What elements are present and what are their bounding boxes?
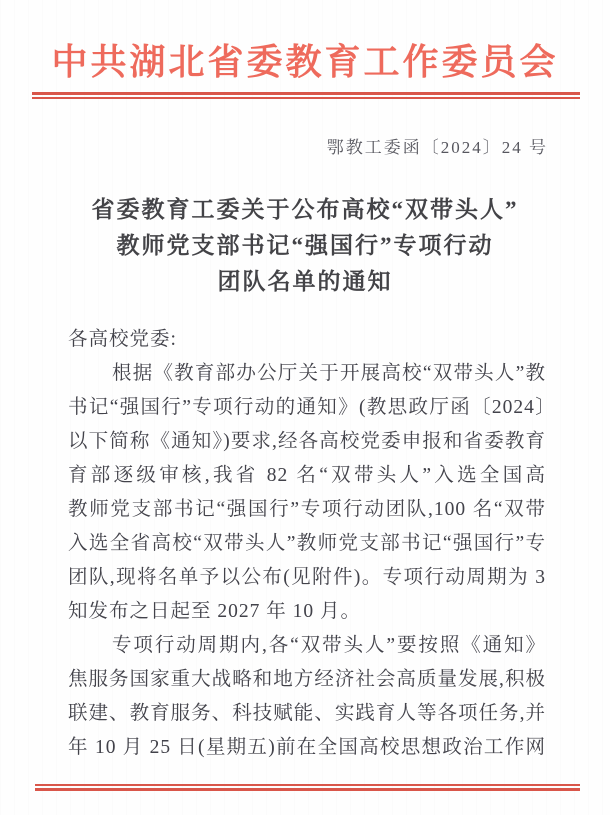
body-line: 年 10 月 25 日(星期五)前在全国高校思想政治工作网(网址:: [68, 731, 546, 765]
letterhead-org-name: 中共湖北省委教育工作委员会: [0, 34, 610, 85]
document-title-line-3: 团队名单的通知: [40, 264, 570, 300]
body-line: 根据《教育部办公厅关于开展高校“双带头人”教师党支部: [68, 357, 546, 391]
divider-thin-line: [32, 97, 580, 99]
body-line: 团队,现将名单予以公布(见附件)。专项行动周期为 3 年,自通: [68, 561, 546, 595]
body-line: 焦服务国家重大战略和地方经济社会高质量发展,积极开展党建: [68, 663, 546, 697]
divider-thick-line: [35, 788, 580, 791]
paragraph-2: 专项行动周期内,各“双带头人”要按照《通知》要求,聚 焦服务国家重大战略和地方经…: [68, 629, 546, 765]
salutation: 各高校党委:: [68, 323, 546, 357]
body-line: 专项行动周期内,各“双带头人”要按照《通知》要求,聚: [68, 629, 546, 663]
body-line: 以下简称《通知》)要求,经各高校党委申报和省委教育工委、教: [68, 425, 546, 459]
document-body: 各高校党委: 根据《教育部办公厅关于开展高校“双带头人”教师党支部 书记“强国行…: [68, 323, 546, 765]
body-line: 育部逐级审核,我省 82 名“双带头人”入选全国高校“双带头人”: [68, 459, 546, 493]
letterhead-divider: [32, 92, 580, 99]
document-title: 省委教育工委关于公布高校“双带头人” 教师党支部书记“强国行”专项行动 团队名单…: [40, 192, 570, 300]
document-number: 鄂教工委函〔2024〕24 号: [327, 133, 548, 158]
body-line: 教师党支部书记“强国行”专项行动团队,100 名“双带头人”: [68, 493, 546, 527]
body-line: 入选全省高校“双带头人”教师党支部书记“强国行”专项行动: [68, 527, 546, 561]
document-title-line-2: 教师党支部书记“强国行”专项行动: [40, 228, 570, 264]
document-title-line-1: 省委教育工委关于公布高校“双带头人”: [40, 192, 570, 228]
body-line: 书记“强国行”专项行动的通知》(教思政厅函〔2024〕11 号,: [68, 391, 546, 425]
body-line: 知发布之日起至 2027 年 10 月。: [68, 595, 546, 629]
official-letter-page: 中共湖北省委教育工作委员会 鄂教工委函〔2024〕24 号 省委教育工委关于公布…: [0, 0, 610, 815]
body-line: 联建、教育服务、科技赋能、实践育人等各项任务,并于 2024: [68, 697, 546, 731]
footer-divider: [35, 784, 580, 791]
paragraph-1: 根据《教育部办公厅关于开展高校“双带头人”教师党支部 书记“强国行”专项行动的通…: [68, 357, 546, 629]
